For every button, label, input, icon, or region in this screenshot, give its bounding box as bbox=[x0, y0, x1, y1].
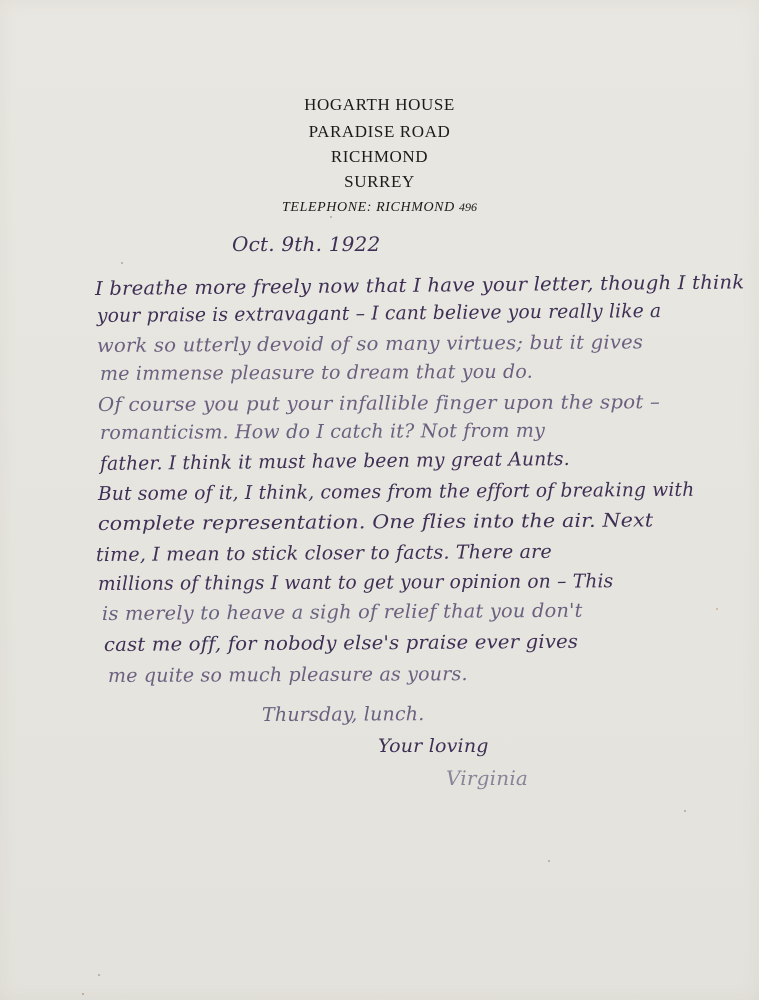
body-line-3: work so utterly devoid of so many virtue… bbox=[97, 330, 643, 358]
body-line-6: romanticism. How do I catch it? Not from… bbox=[100, 419, 545, 445]
body-line-11: millions of things I want to get your op… bbox=[98, 569, 614, 596]
telephone-label: TELEPHONE: RICHMOND bbox=[282, 200, 455, 215]
signature: Virginia bbox=[446, 766, 528, 790]
body-line-1: I breathe more freely now that I have yo… bbox=[95, 270, 745, 301]
body-line-7: father. I think it must have been my gre… bbox=[100, 447, 570, 476]
paper-speck bbox=[716, 608, 718, 610]
paper-speck bbox=[330, 216, 332, 218]
closing: Your loving bbox=[378, 735, 489, 757]
letter-date: Oct. 9th. 1922 bbox=[232, 232, 380, 256]
letterhead-county: SURREY bbox=[0, 172, 759, 192]
body-line-13: cast me off, for nobody else's praise ev… bbox=[104, 630, 578, 657]
letterhead-town: RICHMOND bbox=[0, 147, 759, 167]
postscript: Thursday, lunch. bbox=[262, 703, 425, 726]
paper-speck bbox=[82, 993, 84, 995]
paper-speck bbox=[98, 974, 100, 976]
paper-speck bbox=[121, 262, 123, 264]
paper-speck bbox=[684, 810, 686, 812]
letterhead-road: PARADISE ROAD bbox=[0, 122, 759, 142]
telephone-number: 496 bbox=[459, 200, 477, 214]
body-line-10: time, I mean to stick closer to facts. T… bbox=[96, 540, 552, 567]
body-line-4: me immense pleasure to dream that you do… bbox=[100, 360, 533, 386]
body-line-8: But some of it, I think, comes from the … bbox=[98, 478, 695, 506]
letter-paper: HOGARTH HOUSE PARADISE ROAD RICHMOND SUR… bbox=[0, 0, 759, 1000]
letterhead-house: HOGARTH HOUSE bbox=[0, 95, 759, 115]
letterhead-telephone: TELEPHONE: RICHMOND 496 bbox=[0, 198, 759, 217]
body-line-14: me quite so much pleasure as yours. bbox=[108, 662, 468, 688]
body-line-5: Of course you put your infallible finger… bbox=[98, 390, 660, 417]
paper-speck bbox=[560, 286, 562, 288]
body-line-9: complete representation. One flies into … bbox=[98, 508, 653, 536]
body-line-12: is merely to heave a sigh of relief that… bbox=[102, 599, 583, 626]
paper-speck bbox=[548, 860, 550, 862]
body-line-2: your praise is extravagant – I cant beli… bbox=[97, 299, 662, 328]
